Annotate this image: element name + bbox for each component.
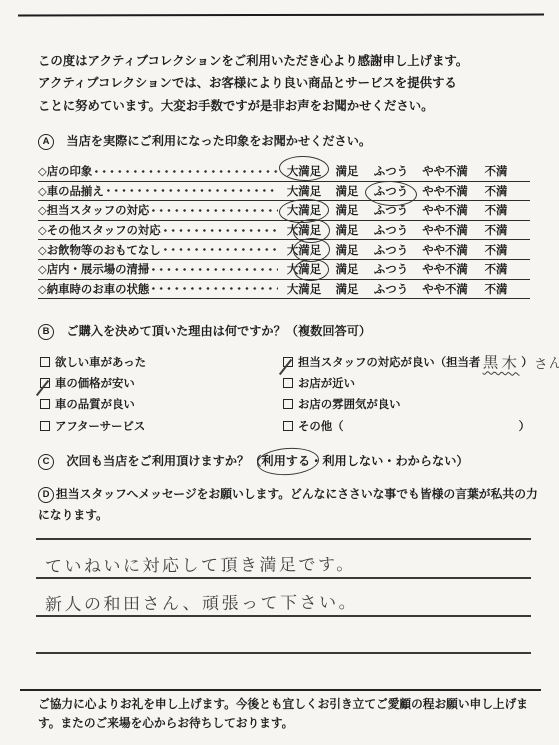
option-slightly-dissatisfied[interactable]: やや不満 <box>414 261 476 277</box>
dot-leader <box>163 228 278 233</box>
handwritten-message-line-1: ていねいに対応して頂き満足です。 <box>45 550 356 577</box>
dot-leader <box>163 247 278 252</box>
option-very-satisfied[interactable]: 大満足 <box>282 163 326 179</box>
dot-leader <box>106 188 278 193</box>
survey-row-other-staff-response: ◇その他スタッフの対応 大満足 満足 ふつう やや不満 不満 <box>38 221 530 241</box>
dot-leader <box>94 169 278 174</box>
option-dissatisfied[interactable]: 不満 <box>476 163 516 179</box>
option-slightly-dissatisfied[interactable]: やや不満 <box>414 163 476 179</box>
option-slightly-dissatisfied[interactable]: やや不満 <box>414 242 476 258</box>
reason-item-good-staff[interactable]: 担当スタッフの対応が良い（担当者 黒木 ） さん <box>283 351 530 372</box>
section-b-heading: B ご購入を決めて頂いた理由は何ですか？（複数回答可） <box>38 322 371 340</box>
option-slightly-dissatisfied[interactable]: やや不満 <box>414 222 476 238</box>
reason-column-left: 欲しい車があった 車の価格が安い 車の品質が良い アフターサービス <box>40 351 146 437</box>
top-border-line <box>18 14 544 17</box>
option-slightly-dissatisfied[interactable]: やや不満 <box>414 183 476 199</box>
message-ruled-line <box>36 538 531 540</box>
reason-item-other[interactable]: その他（ ） <box>283 415 530 436</box>
section-d-heading: D担当スタッフへメッセージをお願いします。どんなにささいな事でも皆様の言葉が私共… <box>38 484 538 525</box>
dot-leader <box>151 208 278 213</box>
footer-line-1: ご協力に心よりお礼を申し上げます。今後とも宜しくお引き立てご愛顧の程お願い申し上… <box>38 696 542 715</box>
checkbox-label: アフターサービス <box>55 418 145 434</box>
option-satisfied[interactable]: 満足 <box>326 202 368 218</box>
option-neutral[interactable]: ふつう <box>368 261 414 277</box>
reason-item-store-nearby[interactable]: お店が近い <box>283 372 530 393</box>
survey-item-label: ◇店の印象 <box>38 163 92 179</box>
scanned-survey-page: この度はアクティブコレクションをご利用いただき心より感謝申し上げます。 アクティ… <box>0 0 559 745</box>
close-paren: ） <box>519 418 530 434</box>
reason-item-good-quality[interactable]: 車の品質が良い <box>40 394 146 415</box>
section-b-title: ご購入を決めて頂いた理由は何ですか？（複数回答可） <box>66 324 371 338</box>
footer-line-2: す。またのご来場を心からお待ちしております。 <box>38 715 542 734</box>
section-d-line-1: D担当スタッフへメッセージをお願いします。どんなにささいな事でも皆様の言葉が私共… <box>38 484 538 505</box>
intro-line-3: ことに努めています。大変お手数ですが是非お声をお聞かせください。 <box>38 95 518 117</box>
option-slightly-dissatisfied[interactable]: やや不満 <box>414 202 476 218</box>
survey-item-label: ◇担当スタッフの対応 <box>38 202 149 218</box>
checkbox[interactable] <box>283 378 293 388</box>
survey-item-label: ◇車の品揃え <box>38 183 104 199</box>
option-dissatisfied[interactable]: 不満 <box>476 202 516 218</box>
section-a-badge: A <box>38 134 54 150</box>
option-very-satisfied[interactable]: 大満足 <box>282 222 326 238</box>
checkbox-label: 欲しい車があった <box>55 354 146 370</box>
survey-row-car-condition-at-delivery: ◇納車時のお車の状態 大満足 満足 ふつう やや不満 不満 <box>38 280 530 300</box>
section-a-title: 当店を実際にご利用になった印象をお聞かせください。 <box>66 134 371 148</box>
section-a-heading: A 当店を実際にご利用になった印象をお聞かせください。 <box>38 132 371 150</box>
option-dissatisfied[interactable]: 不満 <box>476 183 516 199</box>
dot-leader <box>151 286 278 291</box>
option-neutral[interactable]: ふつう <box>368 202 414 218</box>
checkbox-label: 車の価格が安い <box>55 375 135 391</box>
option-unsure[interactable]: わからない <box>395 452 456 469</box>
intro-line-2: アクティブコレクションでは、お客様により良い商品とサービスを提供する <box>38 72 518 94</box>
intro-line-1: この度はアクティブコレクションをご利用いただき心より感謝申し上げます。 <box>38 50 518 72</box>
option-very-satisfied[interactable]: 大満足 <box>282 281 326 297</box>
message-ruled-line <box>36 652 531 654</box>
survey-item-label: ◇店内・展示場の清掃 <box>38 261 149 277</box>
option-will-use[interactable]: 利用する <box>261 452 310 469</box>
reason-column-right: 担当スタッフの対応が良い（担当者 黒木 ） さん お店が近い お店の雰囲気が良い… <box>283 351 530 437</box>
message-ruled-line <box>36 615 531 617</box>
close-paren: ） <box>521 354 532 370</box>
section-d-text: 担当スタッフへメッセージをお願いします。どんなにささいな事でも皆様の言葉が私共の… <box>56 487 538 501</box>
survey-item-label: ◇納車時のお車の状態 <box>38 281 149 297</box>
option-very-satisfied[interactable]: 大満足 <box>282 202 326 218</box>
reason-item-after-service[interactable]: アフターサービス <box>40 415 146 436</box>
checkbox[interactable] <box>283 357 293 367</box>
survey-row-store-impression: ◇店の印象 大満足 満足 ふつう やや不満 不満 <box>38 162 530 182</box>
checkbox[interactable] <box>283 421 293 431</box>
survey-row-showroom-cleanliness: ◇店内・展示場の清掃 大満足 満足 ふつう やや不満 不満 <box>38 260 530 280</box>
handwritten-message-line-2: 新人の和田さん、頑張って下さい。 <box>45 588 358 615</box>
checkbox-label: お店が近い <box>298 375 355 391</box>
option-dissatisfied[interactable]: 不満 <box>476 281 516 297</box>
checkbox-label: 担当スタッフの対応が良い（担当者 <box>298 354 480 370</box>
message-ruled-line <box>36 577 531 579</box>
option-neutral[interactable]: ふつう <box>368 281 414 297</box>
survey-row-car-selection: ◇車の品揃え 大満足 満足 ふつう やや不満 不満 <box>38 182 530 202</box>
section-c: C 次回も当店をご利用頂けますか？（利用する・利用しない・わからない） <box>38 452 469 470</box>
checkbox[interactable] <box>283 399 293 409</box>
footer-separator-line <box>20 689 541 691</box>
footer-text: ご協力に心よりお礼を申し上げます。今後とも宜しくお引き立てご愛顧の程お願い申し上… <box>38 696 542 733</box>
option-dissatisfied[interactable]: 不満 <box>476 222 516 238</box>
survey-item-label: ◇お飲物等のおもてなし <box>38 242 161 258</box>
option-very-satisfied[interactable]: 大満足 <box>282 242 326 258</box>
checkbox[interactable] <box>40 378 50 388</box>
reason-item-good-atmosphere[interactable]: お店の雰囲気が良い <box>283 394 530 415</box>
survey-table: ◇店の印象 大満足 満足 ふつう やや不満 不満 ◇車の品揃え 大満足 満足 ふ… <box>38 162 530 299</box>
section-d-badge: D <box>38 487 54 503</box>
option-satisfied[interactable]: 満足 <box>326 222 368 238</box>
option-very-satisfied[interactable]: 大満足 <box>282 183 326 199</box>
checkbox-label: その他（ <box>298 418 344 434</box>
section-b-badge: B <box>38 324 54 340</box>
separator-dot: ・ <box>383 454 395 468</box>
survey-row-refreshments: ◇お飲物等のおもてなし 大満足 満足 ふつう やや不満 不満 <box>38 240 530 260</box>
handwritten-san-suffix: さん <box>533 351 559 373</box>
section-c-badge: C <box>38 454 54 470</box>
handwritten-staff-name: 黒木 <box>483 350 521 373</box>
section-d-line-2: になります。 <box>38 505 538 526</box>
option-satisfied[interactable]: 満足 <box>326 163 368 179</box>
checkbox-label: お店の雰囲気が良い <box>298 396 401 412</box>
option-will-not-use[interactable]: 利用しない <box>322 452 383 469</box>
dot-leader <box>151 267 278 272</box>
checkbox[interactable] <box>40 421 50 431</box>
checkbox[interactable] <box>40 399 50 409</box>
option-neutral[interactable]: ふつう <box>368 242 414 258</box>
reason-item-wanted-car[interactable]: 欲しい車があった <box>40 351 146 372</box>
intro-paragraph: この度はアクティブコレクションをご利用いただき心より感謝申し上げます。 アクティ… <box>38 50 518 117</box>
option-dissatisfied[interactable]: 不満 <box>476 261 516 277</box>
checkbox-label: 車の品質が良い <box>55 396 135 412</box>
section-c-question: 次回も当店をご利用頂けますか？（ <box>66 454 261 468</box>
option-very-satisfied[interactable]: 大満足 <box>282 261 326 277</box>
survey-row-staff-response: ◇担当スタッフの対応 大満足 満足 ふつう やや不満 不満 <box>38 201 530 221</box>
reason-item-cheap-price[interactable]: 車の価格が安い <box>40 372 146 393</box>
close-paren: ） <box>456 454 468 468</box>
option-neutral[interactable]: ふつう <box>368 163 414 179</box>
option-satisfied[interactable]: 満足 <box>326 242 368 258</box>
option-neutral[interactable]: ふつう <box>368 222 414 238</box>
option-satisfied[interactable]: 満足 <box>326 261 368 277</box>
option-dissatisfied[interactable]: 不満 <box>476 242 516 258</box>
option-satisfied[interactable]: 満足 <box>326 183 368 199</box>
option-neutral[interactable]: ふつう <box>368 183 414 199</box>
survey-item-label: ◇その他スタッフの対応 <box>38 222 161 238</box>
option-satisfied[interactable]: 満足 <box>326 281 368 297</box>
checkbox[interactable] <box>40 357 50 367</box>
option-slightly-dissatisfied[interactable]: やや不満 <box>414 281 476 297</box>
